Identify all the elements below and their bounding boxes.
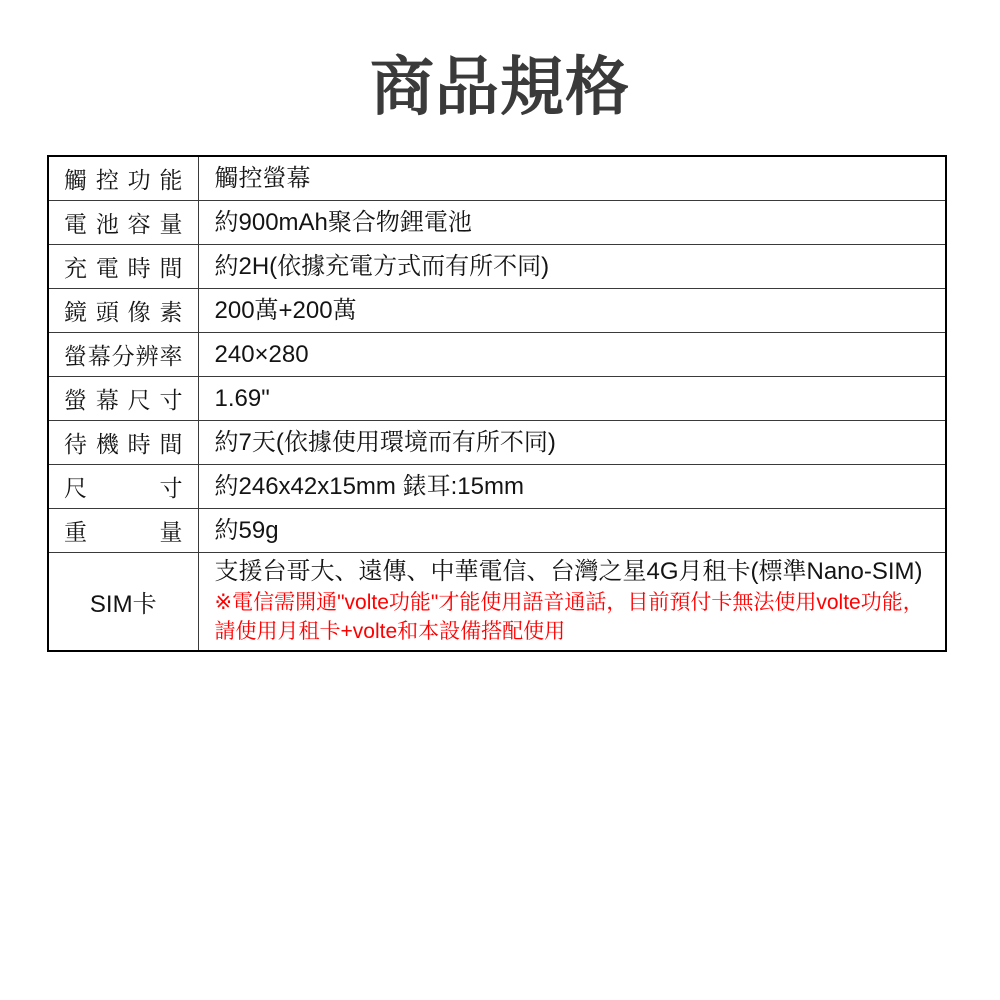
spec-label: 重 量	[48, 508, 198, 552]
spec-label: 螢幕尺寸	[48, 376, 198, 420]
spec-value: 約246x42x15mm 錶耳:15mm	[198, 464, 946, 508]
spec-value-text: 約59g	[215, 514, 930, 547]
spec-value-text: 約246x42x15mm 錶耳:15mm	[215, 470, 930, 503]
spec-label: 待機時間	[48, 420, 198, 464]
spec-label: 電池容量	[48, 200, 198, 244]
spec-value-text: 240×280	[215, 338, 930, 371]
spec-value-text: 約2H(依據充電方式而有所不同)	[215, 250, 930, 283]
spec-value: 觸控螢幕	[198, 156, 946, 200]
spec-note-line: 請使用月租卡+volte和本設備搭配使用	[215, 617, 930, 646]
table-row: 螢幕尺寸1.69"	[48, 376, 946, 420]
spec-value: 1.69"	[198, 376, 946, 420]
spec-label: 尺 寸	[48, 464, 198, 508]
spec-label: 鏡頭像素	[48, 288, 198, 332]
spec-value-text: 約7天(依據使用環境而有所不同)	[215, 426, 930, 459]
table-row: 觸控功能觸控螢幕	[48, 156, 946, 200]
spec-value: 200萬+200萬	[198, 288, 946, 332]
table-row: 電池容量約900mAh聚合物鋰電池	[48, 200, 946, 244]
spec-label: 螢幕分辨率	[48, 332, 198, 376]
spec-value-text: 200萬+200萬	[215, 294, 930, 327]
spec-value: 約2H(依據充電方式而有所不同)	[198, 244, 946, 288]
spec-value-text: 1.69"	[215, 382, 930, 415]
spec-label: 觸控功能	[48, 156, 198, 200]
page-title: 商品規格	[0, 52, 1000, 122]
spec-note-line: ※電信需開通"volte功能"才能使用語音通話，目前預付卡無法使用volte功能…	[215, 588, 930, 617]
spec-value-text: 約900mAh聚合物鋰電池	[215, 206, 930, 239]
table-row: 螢幕分辨率240×280	[48, 332, 946, 376]
spec-table: 觸控功能觸控螢幕電池容量約900mAh聚合物鋰電池充電時間約2H(依據充電方式而…	[47, 155, 947, 652]
table-row: 重 量約59g	[48, 508, 946, 552]
spec-value: 約7天(依據使用環境而有所不同)	[198, 420, 946, 464]
spec-value: 240×280	[198, 332, 946, 376]
spec-value: 約900mAh聚合物鋰電池	[198, 200, 946, 244]
table-row: 鏡頭像素200萬+200萬	[48, 288, 946, 332]
table-row: 待機時間約7天(依據使用環境而有所不同)	[48, 420, 946, 464]
spec-value-text: 觸控螢幕	[215, 162, 930, 195]
spec-table-body: 觸控功能觸控螢幕電池容量約900mAh聚合物鋰電池充電時間約2H(依據充電方式而…	[48, 156, 946, 651]
table-row: 尺 寸約246x42x15mm 錶耳:15mm	[48, 464, 946, 508]
table-row: 充電時間約2H(依據充電方式而有所不同)	[48, 244, 946, 288]
table-row: SIM卡支援台哥大、遠傳、中華電信、台灣之星4G月租卡(標準Nano-SIM)※…	[48, 552, 946, 651]
spec-value-text: 支援台哥大、遠傳、中華電信、台灣之星4G月租卡(標準Nano-SIM)	[215, 555, 930, 588]
spec-label: SIM卡	[48, 552, 198, 651]
spec-label: 充電時間	[48, 244, 198, 288]
spec-value: 支援台哥大、遠傳、中華電信、台灣之星4G月租卡(標準Nano-SIM)※電信需開…	[198, 552, 946, 651]
spec-value: 約59g	[198, 508, 946, 552]
